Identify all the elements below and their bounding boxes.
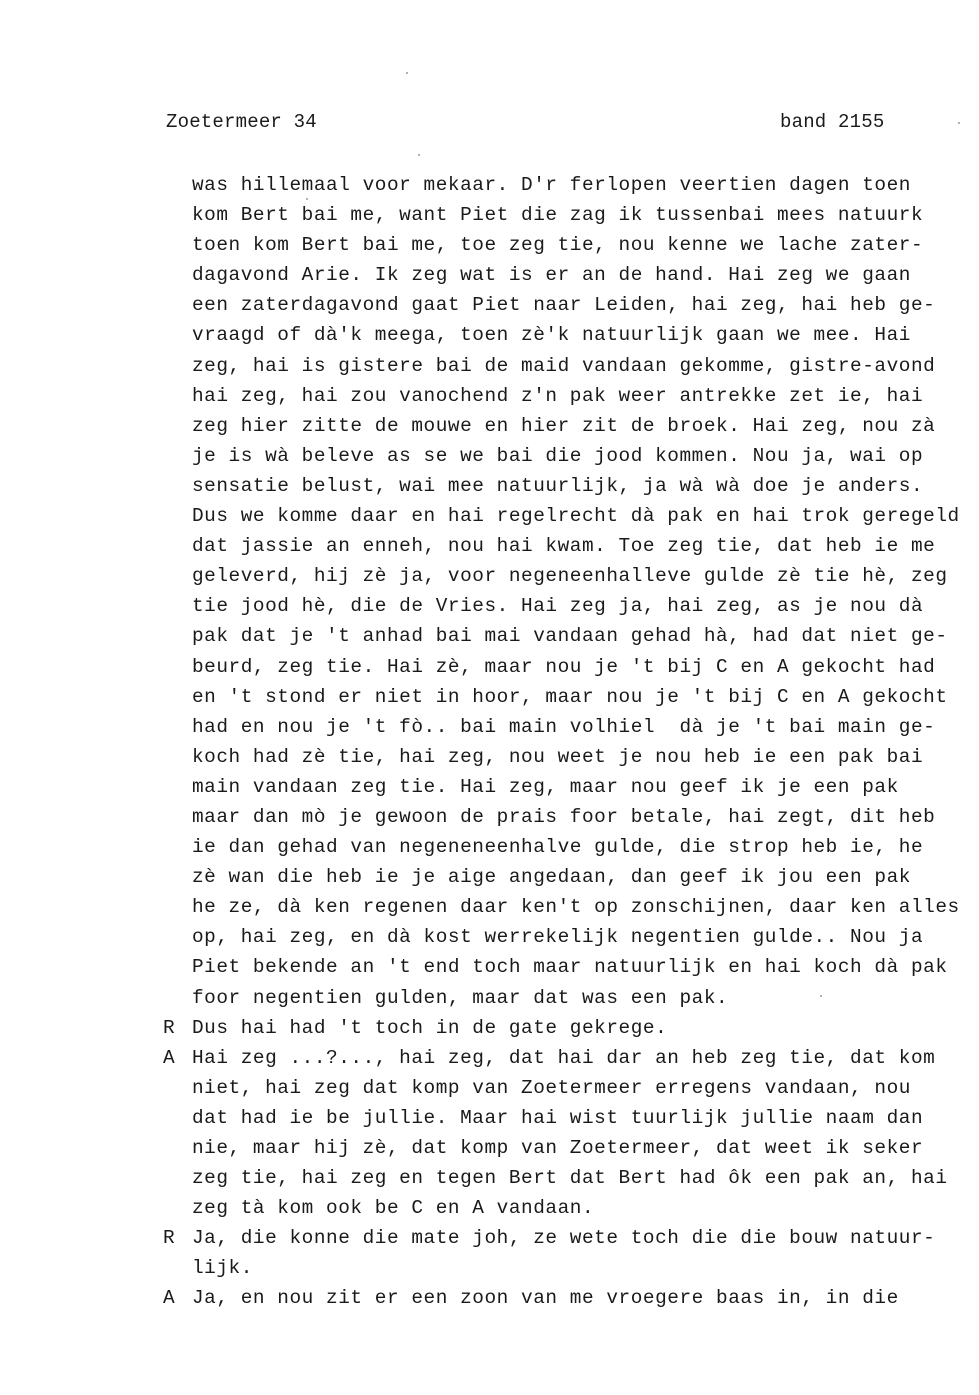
line-text: een zaterdagavond gaat Piet naar Leiden,… [192,290,935,320]
transcript-line: sensatie belust, wai mee natuurlijk, ja … [163,471,963,501]
speaker-turn-line: RDus hai had 't toch in de gate gekrege. [163,1013,963,1043]
transcript-line: foor negentien gulden, maar dat was een … [163,983,963,1013]
transcript-line: dat had ie be jullie. Maar hai wist tuur… [163,1103,963,1133]
speaker-turn-line: AHai zeg ...?..., hai zeg, dat hai dar a… [163,1043,963,1073]
speaker-turn-line: RJa, die konne die mate joh, ze wete toc… [163,1223,963,1253]
transcript-line: kom Bert bai me, want Piet die zag ik tu… [163,200,963,230]
line-text: ie dan gehad van negeneneenhalve gulde, … [192,832,923,862]
transcript-line: een zaterdagavond gaat Piet naar Leiden,… [163,290,963,320]
line-text: kom Bert bai me, want Piet die zag ik tu… [192,200,923,230]
line-text: niet, hai zeg dat komp van Zoetermeer er… [192,1073,911,1103]
line-text: main vandaan zeg tie. Hai zeg, maar nou … [192,772,899,802]
transcript-line: was hillemaal voor mekaar. D'r ferlopen … [163,170,963,200]
transcript-line: niet, hai zeg dat komp van Zoetermeer er… [163,1073,963,1103]
speaker-marker: A [163,1283,187,1313]
line-text: Ja, en nou zit er een zoon van me vroege… [192,1283,899,1313]
transcript-line: dagavond Arie. Ik zeg wat is er an de ha… [163,260,963,290]
line-text: dagavond Arie. Ik zeg wat is er an de ha… [192,260,911,290]
line-text: zè wan die heb ie je aige angedaan, dan … [192,862,911,892]
transcript-line: toen kom Bert bai me, toe zeg tie, nou k… [163,230,963,260]
line-text: pak dat je 't anhad bai mai vandaan geha… [192,621,948,651]
header-tape-number: band 2155 [780,111,884,133]
transcript-line: nie, maar hij zè, dat komp van Zoetermee… [163,1133,963,1163]
transcript-line: Piet bekende an 't end toch maar natuurl… [163,952,963,982]
transcript-line: hai zeg, hai zou vanochend z'n pak weer … [163,381,963,411]
line-text: foor negentien gulden, maar dat was een … [192,983,728,1013]
line-text: op, hai zeg, en dà kost werrekelijk nege… [192,922,923,952]
line-text: koch had zè tie, hai zeg, nou weet je no… [192,742,923,772]
transcript-line: had en nou je 't fò.. bai main volhiel d… [163,712,963,742]
transcript-line: zè wan die heb ie je aige angedaan, dan … [163,862,963,892]
line-text: zeg, hai is gistere bai de maid vandaan … [192,351,935,381]
scan-speck [820,995,822,997]
line-text: nie, maar hij zè, dat komp van Zoetermee… [192,1133,923,1163]
transcript-line: geleverd, hij zè ja, voor negeneenhallev… [163,561,963,591]
line-text: vraagd of dà'k meega, toen zè'k natuurli… [192,320,911,350]
transcript-line: vraagd of dà'k meega, toen zè'k natuurli… [163,320,963,350]
line-text: sensatie belust, wai mee natuurlijk, ja … [192,471,923,501]
speaker-turn-line: AJa, en nou zit er een zoon van me vroeg… [163,1283,963,1313]
transcript-line: Dus we komme daar en hai regelrecht dà p… [163,501,963,531]
line-text: Ja, die konne die mate joh, ze wete toch… [192,1223,935,1253]
transcript-line: lijk. [163,1253,963,1283]
transcript-line: zeg tà kom ook be C en A vandaan. [163,1193,963,1223]
transcript-line: en 't stond er niet in hoor, maar nou je… [163,682,963,712]
scan-speck [418,154,420,156]
scan-speck [958,122,960,124]
transcript-page: Zoetermeer 34 band 2155 was hillemaal vo… [0,0,979,1395]
line-text: zeg tie, hai zeg en tegen Bert dat Bert … [192,1163,948,1193]
line-text: Dus we komme daar en hai regelrecht dà p… [192,501,960,531]
line-text: had en nou je 't fò.. bai main volhiel d… [192,712,935,742]
transcript-line: main vandaan zeg tie. Hai zeg, maar nou … [163,772,963,802]
line-text: beurd, zeg tie. Hai zè, maar nou je 't b… [192,652,935,682]
header-location-page: Zoetermeer 34 [166,111,317,133]
transcript-line: zeg tie, hai zeg en tegen Bert dat Bert … [163,1163,963,1193]
transcript-line: maar dan mò je gewoon de prais foor beta… [163,802,963,832]
transcript-body: was hillemaal voor mekaar. D'r ferlopen … [163,170,963,1314]
line-text: zeg tà kom ook be C en A vandaan. [192,1193,594,1223]
line-text: Piet bekende an 't end toch maar natuurl… [192,952,948,982]
transcript-line: op, hai zeg, en dà kost werrekelijk nege… [163,922,963,952]
line-text: maar dan mò je gewoon de prais foor beta… [192,802,935,832]
transcript-line: koch had zè tie, hai zeg, nou weet je no… [163,742,963,772]
transcript-line: dat jassie an enneh, nou hai kwam. Toe z… [163,531,963,561]
transcript-line: he ze, dà ken regenen daar ken't op zons… [163,892,963,922]
line-text: Hai zeg ...?..., hai zeg, dat hai dar an… [192,1043,935,1073]
transcript-line: ie dan gehad van negeneneenhalve gulde, … [163,832,963,862]
speaker-marker: R [163,1013,187,1043]
line-text: toen kom Bert bai me, toe zeg tie, nou k… [192,230,923,260]
transcript-line: zeg, hai is gistere bai de maid vandaan … [163,351,963,381]
line-text: was hillemaal voor mekaar. D'r ferlopen … [192,170,911,200]
transcript-line: je is wà beleve as se we bai die jood ko… [163,441,963,471]
line-text: hai zeg, hai zou vanochend z'n pak weer … [192,381,923,411]
transcript-line: zeg hier zitte de mouwe en hier zit de b… [163,411,963,441]
scan-speck [406,72,408,74]
line-text: geleverd, hij zè ja, voor negeneenhallev… [192,561,948,591]
transcript-line: tie jood hè, die de Vries. Hai zeg ja, h… [163,591,963,621]
line-text: tie jood hè, die de Vries. Hai zeg ja, h… [192,591,923,621]
line-text: he ze, dà ken regenen daar ken't op zons… [192,892,960,922]
line-text: en 't stond er niet in hoor, maar nou je… [192,682,948,712]
line-text: dat had ie be jullie. Maar hai wist tuur… [192,1103,923,1133]
scan-speck [306,198,308,200]
line-text: zeg hier zitte de mouwe en hier zit de b… [192,411,935,441]
speaker-marker: A [163,1043,187,1073]
line-text: je is wà beleve as se we bai die jood ko… [192,441,923,471]
speaker-marker: R [163,1223,187,1253]
transcript-line: pak dat je 't anhad bai mai vandaan geha… [163,621,963,651]
line-text: Dus hai had 't toch in de gate gekrege. [192,1013,667,1043]
line-text: lijk. [192,1253,253,1283]
transcript-line: beurd, zeg tie. Hai zè, maar nou je 't b… [163,652,963,682]
line-text: dat jassie an enneh, nou hai kwam. Toe z… [192,531,935,561]
